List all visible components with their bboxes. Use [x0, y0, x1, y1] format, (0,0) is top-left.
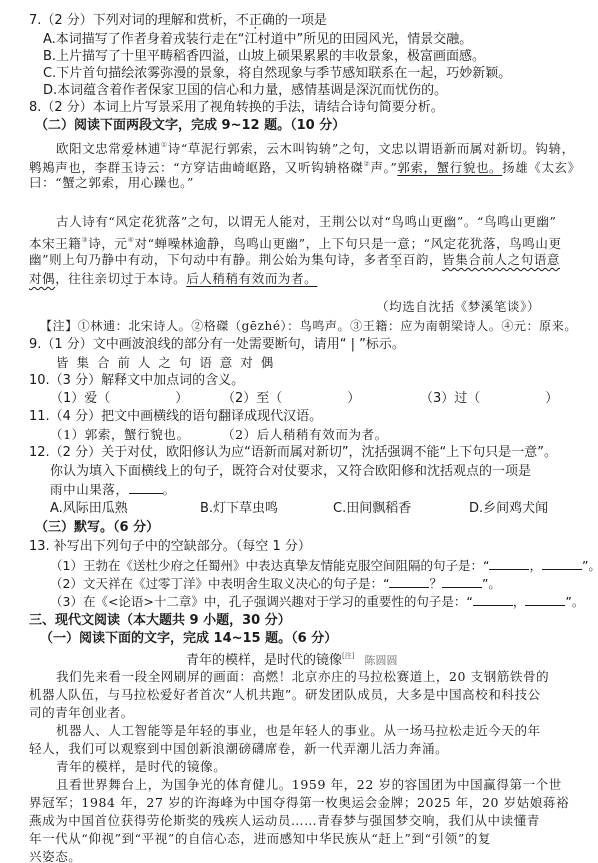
title-note-ref: [注] [342, 652, 354, 660]
section3-heading: （三）默写。（6 分） [35, 519, 159, 536]
p2-l3-b: 百韵， [403, 252, 442, 267]
q13-2-sep: ？ [429, 576, 442, 591]
q12-stem-2: 你认为填入下面横线上的句子，既符合对仗要求，又符合欧阳修和沈括观点的一项是 [50, 463, 531, 480]
q13-2-text: （2）文天祥在《过零丁洋》中表明舍生取义决心的句子是：“ [50, 576, 389, 591]
p1-l1-c: 诗“草泥行郭索，云木叫钩辀”之句，文忠以谓语新而属对新切。钩辀， [168, 141, 575, 156]
passage1-line1: 欧阳文忠常爱林逋①诗“草泥行郭索，云木叫钩辀”之句，文忠以谓语新而属对新切。钩辀… [56, 137, 575, 157]
note-ref-1: ① [161, 141, 168, 149]
article-author: 陈圆圆 [364, 654, 397, 667]
wavy-sentence-part2: 对偶 [29, 271, 55, 286]
q13-item-1: （1）王勃在《送杜少府之任蜀州》中表达真挚友情能克服空间阻隔的句子是：“，”。 [50, 557, 598, 574]
q10-item-1: （1）爱（ ） [50, 390, 188, 407]
article-p4-l2: 界冠军；1984 年，27 岁的许海峰为中国夺得第一枚奥运会金牌；2025 年，… [29, 794, 569, 811]
q13-2-blank-2[interactable] [442, 575, 482, 588]
q12-option-b: B.灯下草虫鸣 [200, 500, 278, 517]
part3-heading: 三、现代文阅读（本大题共 9 小题，30 分） [29, 612, 291, 629]
article-p4-l4: 年一代从“仰视”到“平视”的自信心态，进而感知中华民族从“赶上”到“引领”的复 [29, 830, 491, 847]
q7-stem-b: 的一项是 [275, 13, 327, 28]
article-p2-l2: 轻人，我们可以观察到中国创新浪潮磅礴席卷，新一代弄潮儿活力奔涌。 [29, 740, 448, 757]
q7-option-d: D.本词蕴含着作者保家卫国的信心和力量，感情基调是深沉而忧伤的。 [43, 82, 447, 99]
p1-dot-ai: 爱 [122, 141, 135, 156]
q8-stem: 8.（2 分）本词上片写景采用了视角转换的手法，请结合诗句简要分析。 [29, 99, 444, 116]
p2-dot-zhi: 至 [390, 252, 403, 267]
part3-subheading: （一）阅读下面的文字，完成 14~15 题。（6 分） [40, 630, 337, 647]
q12-prompt: 雨中山果落，。 [50, 481, 176, 498]
q12-option-c: C.田间飘稻香 [333, 500, 411, 517]
q12-option-d: D.乡间鸡犬闻 [469, 500, 548, 517]
q13-3-blank-2[interactable] [525, 593, 565, 606]
article-p4-l5: 兴姿态。 [29, 848, 81, 863]
passage-source: （均选自沈括《梦溪笔谈》） [376, 298, 540, 315]
q7-option-a: A.本词描写了作者身着戎装行走在“江村道中”所见的田园风光，情景交融。 [43, 31, 472, 48]
article-p1-l3: 司的青年创业者。 [29, 704, 134, 721]
passage2-line1: 古人诗有“风定花犹落”之句，以谓无人能对，王荆公以对“鸟鸣山更幽”。“鸟鸣山更幽… [56, 213, 556, 230]
p2-l3-a: 幽”则上句乃静中有动，下句动中有静。荆公始为集句诗，多者 [29, 252, 390, 267]
q11-item-2: （2）后人稍稍有效而为者。 [222, 426, 388, 443]
p2-l2-c: 对“蝉噪林逾静，鸟鸣山更幽”，上下句只是一意；“风定花犹落，鸟鸣山更 [135, 236, 562, 251]
passage2-line4: 对偶，往往亲切过于本诗。后人稍稍有效而为者。 [29, 270, 317, 287]
q12-prompt-end: 。 [163, 482, 176, 497]
underlined-sentence-1: 郭索，蟹行貌也。 [397, 160, 502, 175]
q9-text: 皆 集 合 前 人 之 句 语 意 对 偶 [56, 354, 275, 371]
q9-stem: 9.（1 分）文中画波浪线的部分有一处需要断句，请用“ | ”标示。 [29, 336, 405, 353]
underlined-sentence-2: 后人稍稍有效而为者。 [186, 271, 317, 286]
q13-3-end: ”。 [565, 594, 584, 609]
q13-item-2: （2）文天祥在《过零丁洋》中表明舍生取义决心的句子是：“？”。 [50, 575, 501, 592]
q7-option-c: C.下片首句描绘浓雾弥漫的景象，将自然现象与季节感知联系在一起，巧妙新颖。 [43, 65, 511, 82]
q13-3-blank-1[interactable] [473, 593, 513, 606]
q11-stem: 11.（4 分）把文中画横线的语句翻译成现代汉语。 [29, 408, 322, 425]
article-p3-l1: 青年的模样，是时代的镜像。 [56, 758, 226, 775]
q13-1-sep: ， [529, 558, 542, 573]
q7-stem-a: 7.（2 分）下列对词的理解和赏析， [29, 13, 236, 28]
q13-1-end: ”。 [582, 558, 598, 573]
q13-3-sep: ， [513, 594, 526, 609]
p2-l4-a: ，往往亲切 [55, 271, 121, 286]
q13-2-blank-1[interactable] [389, 575, 429, 588]
q12-stem: 12.（2 分）关于对仗，欧阳修认为应“语新而属对新切”，沈括强调不能“上下句只… [29, 444, 557, 461]
q13-1-blank-1[interactable] [489, 557, 529, 570]
p1-l2-a: 鹎鴂声也，李群玉诗云：“方穿诘曲崎岖路，又听钩辀格磔 [29, 160, 364, 175]
q13-stem: 13. 补写出下列句子中的空缺部分。（每空 1 分） [29, 538, 311, 555]
passage1-line3: 曰：“蟹之郭索，用心躁也。” [29, 174, 194, 191]
annotations: 【注】①林逋：北宋诗人。②格磔（gēzhé）：鸟鸣声。③王籍：应为南朝梁诗人。④… [40, 318, 577, 335]
q13-1-text: （1）王勃在《送杜少府之任蜀州》中表达真挚友情能克服空间阻隔的句子是：“ [50, 558, 489, 573]
wavy-sentence-part1: 皆集合前人之句语意 [442, 252, 560, 267]
p1-l1-a: 欧阳文忠常 [56, 141, 122, 156]
q13-item-3: （3）在《<论语>十二章》中，孔子强调兴趣对于学习的重要性的句子是：“，”。 [50, 593, 584, 610]
p1-l2-b: 声。” [370, 160, 397, 175]
p2-dot-guo: 过 [121, 271, 134, 286]
exam-page: 7.（2 分）下列对词的理解和赏析，不正确的一项是 A.本词描写了作者身着戎装行… [0, 0, 598, 863]
note-ref-4: ④ [128, 236, 135, 244]
q11-item-1: （1）郭索，蟹行貌也。 [50, 426, 190, 443]
q10-stem: 10.（3 分）解释文中加点词的含义。 [29, 372, 244, 389]
q13-1-blank-2[interactable] [542, 557, 582, 570]
article-title: 青年的模样，是时代的镜像 [186, 653, 342, 668]
passage1-line2: 鹎鴂声也，李群玉诗云：“方穿诘曲崎岖路，又听钩辀格磔②声。”郭索，蟹行貌也。扬雄… [29, 156, 581, 176]
q7-emphasis: 不正确 [236, 13, 275, 28]
q13-2-end: ”。 [482, 576, 501, 591]
article-p4-l3: 燕成为中国首位获得劳伦斯奖的残疾人运动员……青春梦与强国梦交响，我们从中读懂青 [29, 812, 540, 829]
passage2-line3: 幽”则上句乃静中有动，下句动中有静。荆公始为集句诗，多者至百韵，皆集合前人之句语… [29, 251, 560, 268]
article-p4-l1: 且看世界舞台上，为国争光的体育健儿。1959 年，22 岁的容国团为中国赢得第一… [56, 776, 562, 793]
p2-l2-a: 本宋王籍 [29, 236, 81, 251]
q7-stem: 7.（2 分）下列对词的理解和赏析，不正确的一项是 [29, 12, 327, 29]
q10-item-3: （3）过（ ） [420, 390, 558, 407]
q7-option-b: B.上片描写了十里平畴稻香四溢，山坡上硕果累累的丰收景象，极富画面感。 [43, 48, 485, 65]
q12-option-a: A.风际田瓜熟 [50, 500, 128, 517]
article-p1-l1: 我们先来看一段全网刷屏的画面：高燃！北京亦庄的马拉松赛道上，20 支钢筋铁骨的 [56, 668, 549, 685]
p2-l4-b: 于本诗。 [134, 271, 186, 286]
passage2-line2: 本宋王籍③诗，元④对“蝉噪林逾静，鸟鸣山更幽”，上下句只是一意；“风定花犹落，鸟… [29, 232, 562, 252]
q10-item-2: （2）至（ ） [222, 390, 360, 407]
article-p2-l1: 机器人、人工智能等是年轻的事业，也是年轻人的事业。从一场马拉松走近今天的年 [56, 722, 541, 739]
p2-l2-b: 诗，元 [88, 236, 127, 251]
q12-prompt-text: 雨中山果落， [50, 482, 129, 497]
p1-l2-c: 扬雄《太玄》 [502, 160, 581, 175]
q13-3-text: （3）在《<论语>十二章》中，孔子强调兴趣对于学习的重要性的句子是：“ [50, 594, 473, 609]
article-title-row: 青年的模样，是时代的镜像[注]陈圆圆 [186, 648, 397, 669]
section2-heading: （二）阅读下面两段文字，完成 9~12 题。（10 分） [35, 117, 345, 134]
p1-l1-b: 林逋 [135, 141, 161, 156]
q12-answer-blank[interactable] [129, 481, 163, 494]
article-p1-l2: 机器人队伍，与马拉松爱好者首次“人机共跑”。研发团队成员，大多是中国高校和科技公 [29, 686, 541, 703]
